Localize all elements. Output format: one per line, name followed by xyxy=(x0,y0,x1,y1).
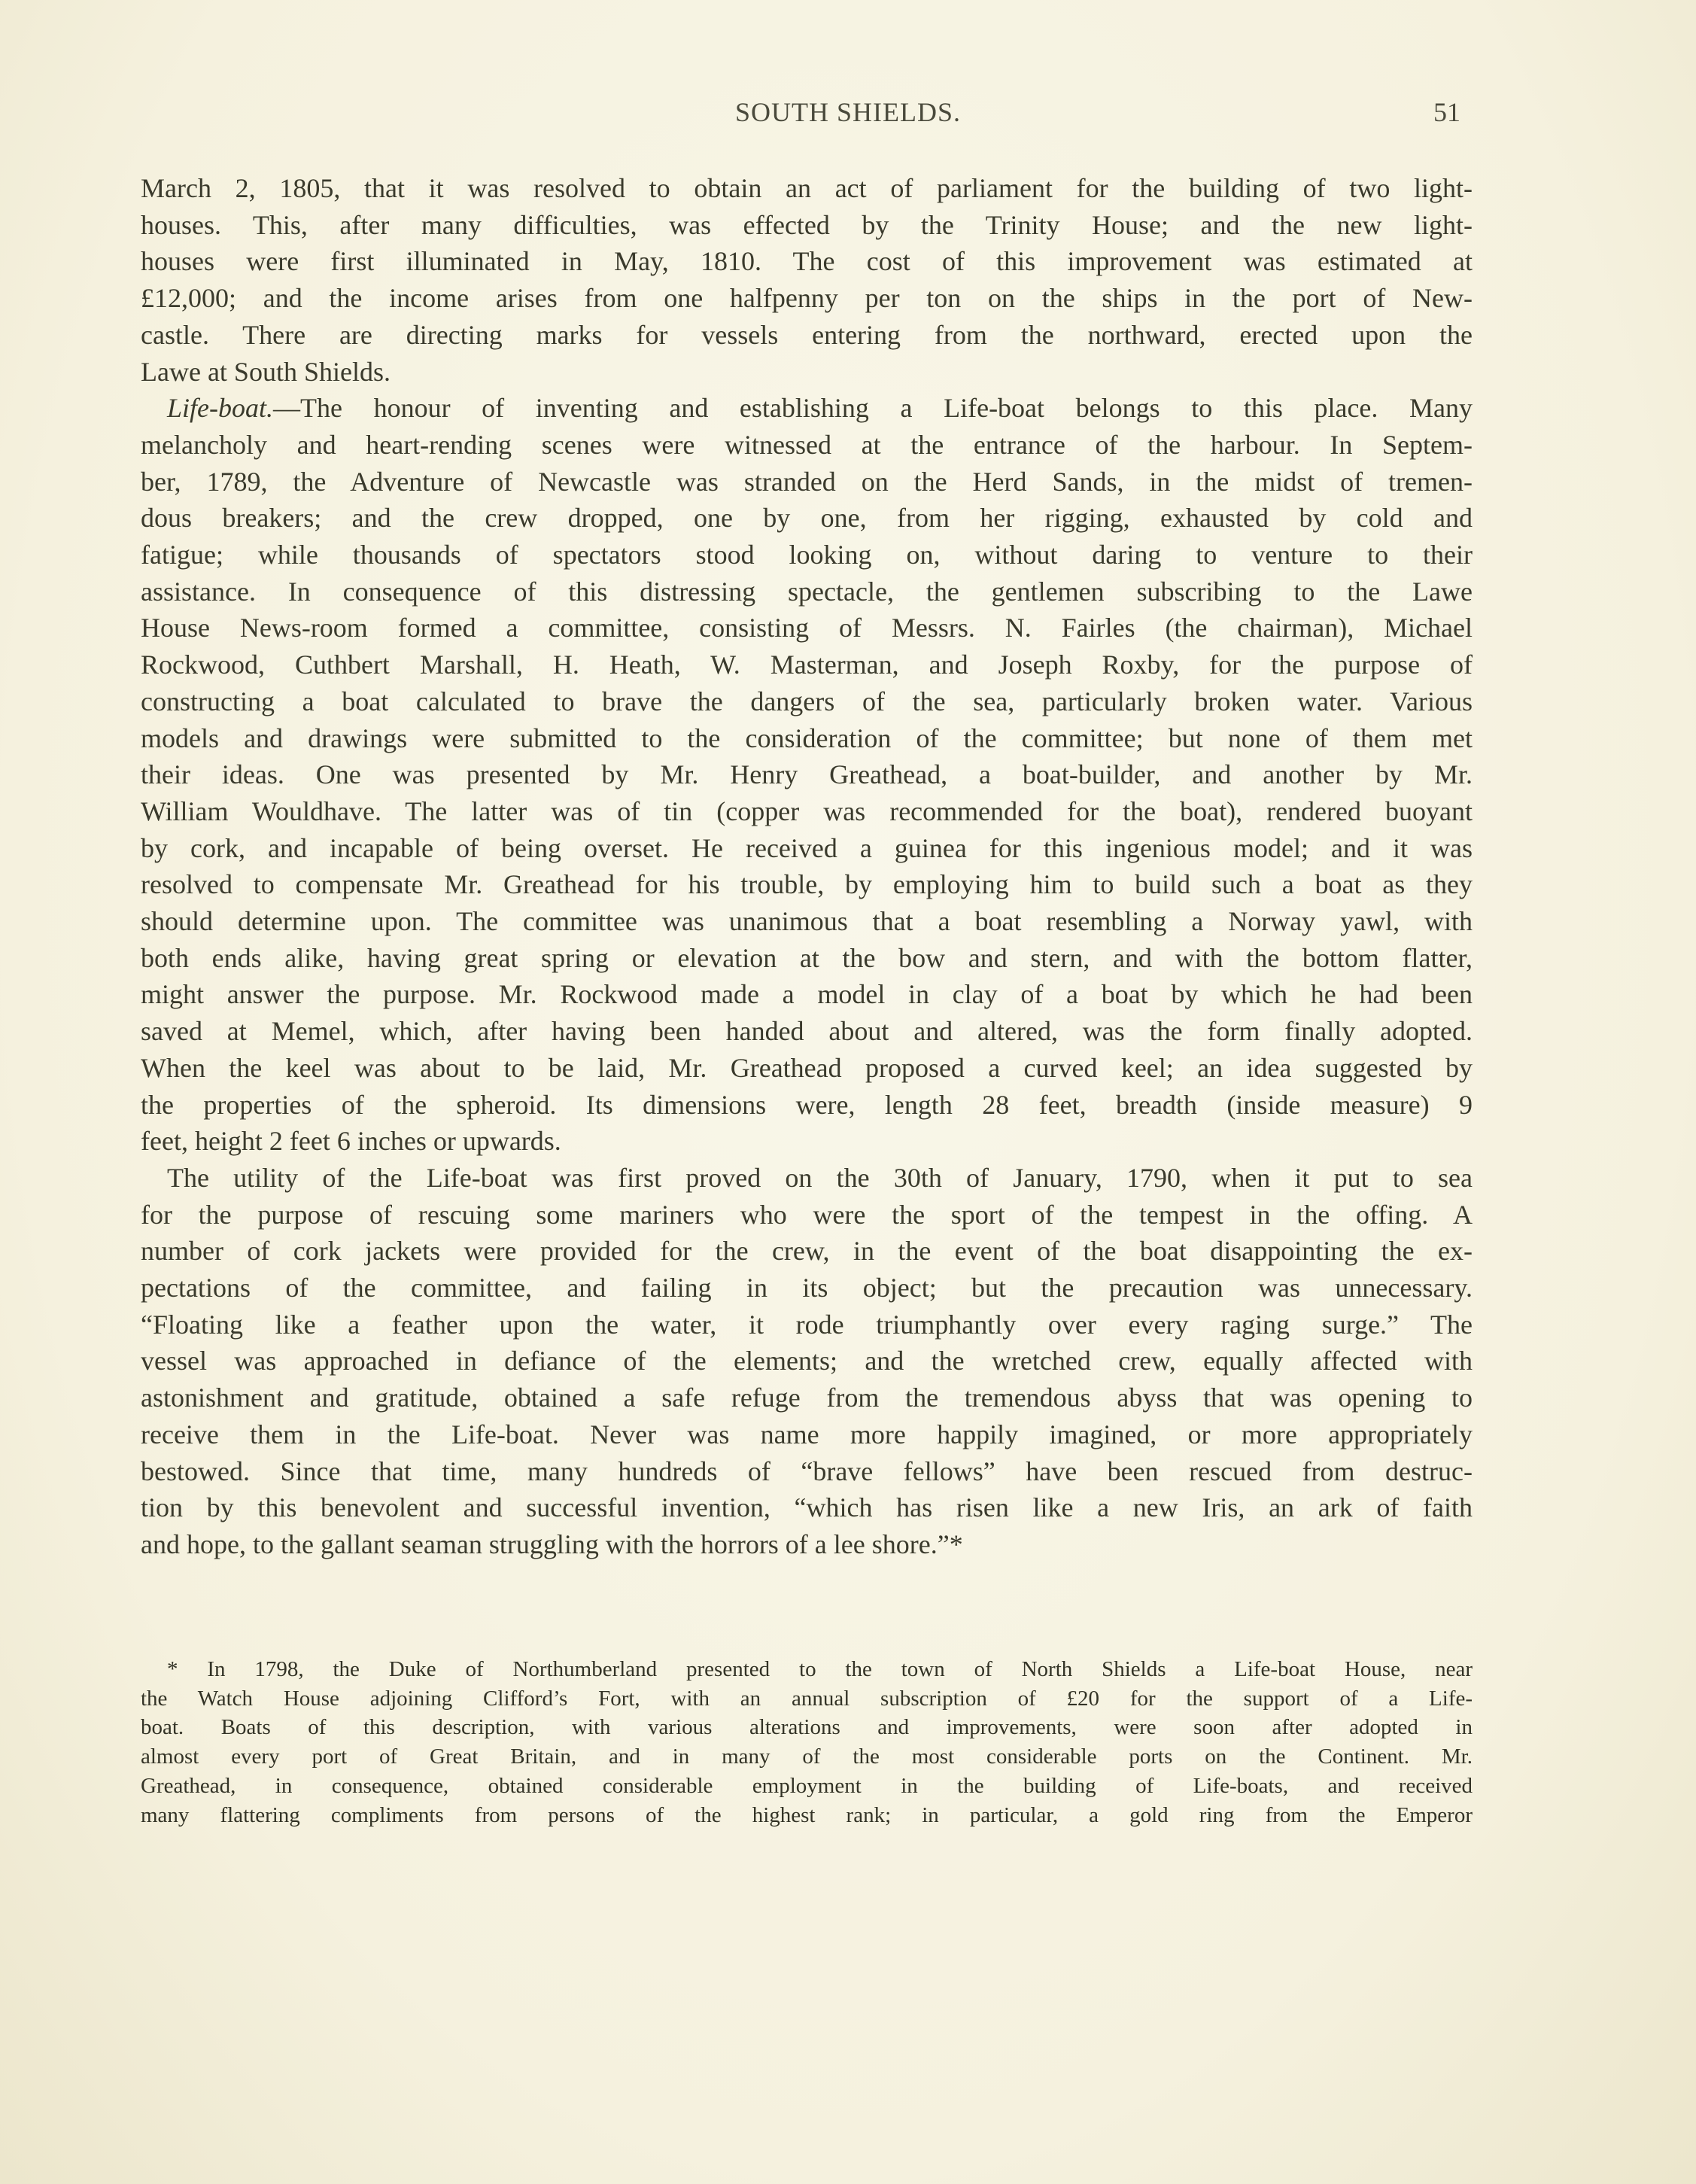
text-line: castle. There are directing marks for ve… xyxy=(141,318,1473,351)
text-line: might answer the purpose. Mr. Rockwood m… xyxy=(141,978,1473,1011)
text-line: feet, height 2 feet 6 inches or upwards. xyxy=(141,1124,1473,1157)
text-line: both ends alike, having great spring or … xyxy=(141,941,1473,975)
text-line: constructing a boat calculated to brave … xyxy=(141,685,1473,718)
text-line: receive them in the Life-boat. Never was… xyxy=(141,1418,1473,1451)
text-line: Rockwood, Cuthbert Marshall, H. Heath, W… xyxy=(141,648,1473,681)
text-line: resolved to compensate Mr. Greathead for… xyxy=(141,868,1473,901)
text-line: melancholy and heart-rending scenes were… xyxy=(141,428,1473,461)
text-line: ber, 1789, the Adventure of Newcastle wa… xyxy=(141,465,1473,498)
text-line: number of cork jackets were provided for… xyxy=(141,1234,1473,1267)
text-line: astonishment and gratitude, obtained a s… xyxy=(141,1381,1473,1414)
text-line: March 2, 1805, that it was resolved to o… xyxy=(141,172,1473,205)
text-line: Life-boat.—The honour of inventing and e… xyxy=(167,391,1473,424)
text-line: houses. This, after many difficulties, w… xyxy=(141,208,1473,242)
text-line: by cork, and incapable of being overset.… xyxy=(141,832,1473,865)
book-page: SOUTH SHIELDS. 51 March 2, 1805, that it… xyxy=(0,0,1696,2184)
text-line: models and drawings were submitted to th… xyxy=(141,722,1473,755)
footnote-line: many flattering compliments from persons… xyxy=(141,1802,1473,1829)
text-line: houses were first illuminated in May, 18… xyxy=(141,245,1473,278)
footnote-line: almost every port of Great Britain, and … xyxy=(141,1743,1473,1770)
text-line: should determine upon. The committee was… xyxy=(141,905,1473,938)
text-line: “Floating like a feather upon the water,… xyxy=(141,1308,1473,1341)
text-line: for the purpose of rescuing some mariner… xyxy=(141,1198,1473,1231)
footnote-line: boat. Boats of this description, with va… xyxy=(141,1714,1473,1741)
text-line: House News-room formed a committee, cons… xyxy=(141,611,1473,644)
text-line: William Wouldhave. The latter was of tin… xyxy=(141,795,1473,828)
text-line: their ideas. One was presented by Mr. He… xyxy=(141,758,1473,791)
text-line: £12,000; and the income arises from one … xyxy=(141,281,1473,315)
text-line: the properties of the spheroid. Its dime… xyxy=(141,1088,1473,1121)
text-line: Lawe at South Shields. xyxy=(141,355,1473,388)
footnote-line: Greathead, in consequence, obtained cons… xyxy=(141,1772,1473,1799)
footnote-line: * In 1798, the Duke of Northumberland pr… xyxy=(167,1656,1473,1683)
page-number: 51 xyxy=(1433,96,1460,128)
text-line: saved at Memel, which, after having been… xyxy=(141,1014,1473,1048)
italic-lead: Life-boat. xyxy=(167,393,273,423)
text-line: tion by this benevolent and successful i… xyxy=(141,1491,1473,1524)
text-line: assistance. In consequence of this distr… xyxy=(141,575,1473,608)
text-line: pectations of the committee, and failing… xyxy=(141,1271,1473,1304)
text-line: The utility of the Life-boat was first p… xyxy=(167,1161,1473,1194)
text-line: When the keel was about to be laid, Mr. … xyxy=(141,1051,1473,1084)
text-line: vessel was approached in defiance of the… xyxy=(141,1344,1473,1377)
text-line: and hope, to the gallant seaman struggli… xyxy=(141,1528,1473,1561)
text-line: bestowed. Since that time, many hundreds… xyxy=(141,1455,1473,1488)
text-line: fatigue; while thousands of spectators s… xyxy=(141,538,1473,571)
footnote-line: the Watch House adjoining Clifford’s For… xyxy=(141,1685,1473,1712)
text-line: dous breakers; and the crew dropped, one… xyxy=(141,501,1473,534)
